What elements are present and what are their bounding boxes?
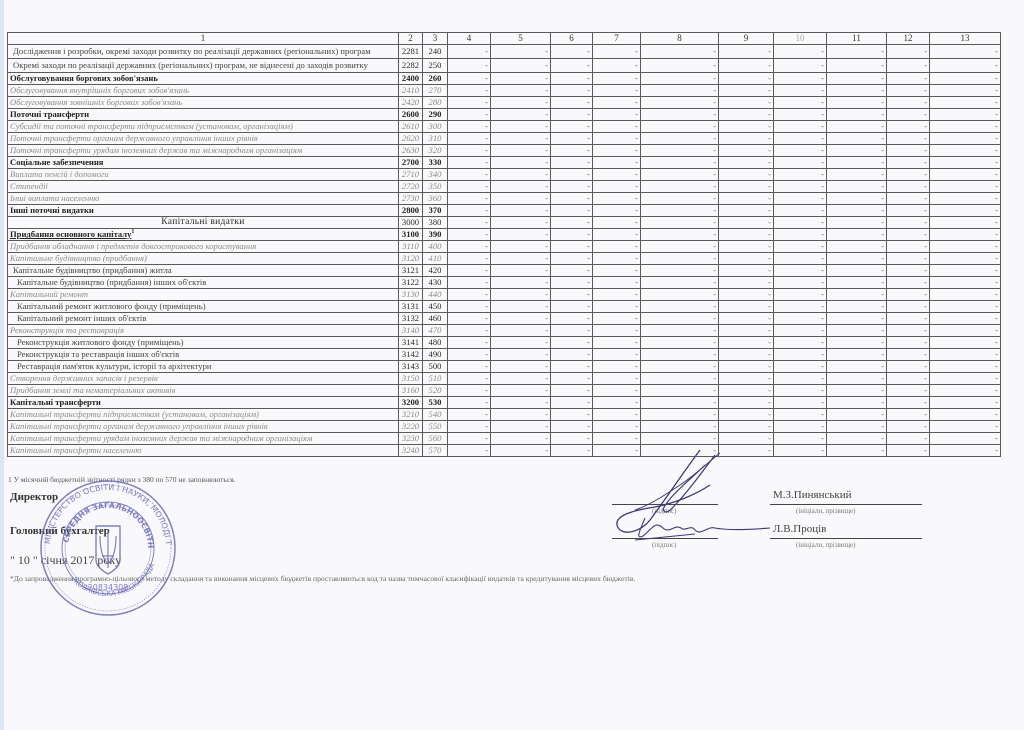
row-code: 410 [423, 253, 448, 265]
row-name: Реставрація пам'яток культури, історії т… [8, 361, 399, 373]
value-cell-col-8: - [641, 277, 719, 289]
value-cell-col-4: - [448, 121, 491, 133]
kekv-code: 2800 [399, 205, 423, 217]
value-cell-col-11: - [827, 289, 887, 301]
value-cell-col-9: - [719, 385, 774, 397]
kekv-code: 3140 [399, 325, 423, 337]
scan-edge [0, 0, 4, 730]
value-cell-col-10: - [774, 85, 827, 97]
table-row: Виплата пенсій і допомоги2710340--------… [8, 169, 1001, 181]
value-cell-col-6: - [551, 445, 593, 457]
table-row: Капітальне будівництво (придбання)312041… [8, 253, 1001, 265]
row-code: 550 [423, 421, 448, 433]
row-name: Капітальні трансферти підприємствам (уст… [8, 409, 399, 421]
table-row: Реконструкція та реставрація3140470-----… [8, 325, 1001, 337]
value-cell-col-13: - [930, 397, 1001, 409]
value-cell-col-13: - [930, 253, 1001, 265]
value-cell-col-11: - [827, 253, 887, 265]
value-cell-col-10: - [774, 433, 827, 445]
value-cell-col-13: - [930, 193, 1001, 205]
row-name: Капітальні трансферти урядам іноземних д… [8, 433, 399, 445]
column-header-7: 7 [593, 33, 641, 45]
kekv-code: 3110 [399, 241, 423, 253]
table-row: Капітальний ремонт інших об'єктів3132460… [8, 313, 1001, 325]
value-cell-col-7: - [593, 385, 641, 397]
value-cell-col-13: - [930, 45, 1001, 59]
row-name: Поточні трансферти органам державного уп… [8, 133, 399, 145]
column-header-2: 2 [399, 33, 423, 45]
value-cell-col-13: - [930, 157, 1001, 169]
value-cell-col-6: - [551, 325, 593, 337]
value-cell-col-4: - [448, 59, 491, 73]
value-cell-col-6: - [551, 301, 593, 313]
value-cell-col-10: - [774, 193, 827, 205]
value-cell-col-11: - [827, 121, 887, 133]
value-cell-col-12: - [887, 253, 930, 265]
value-cell-col-4: - [448, 445, 491, 457]
value-cell-col-9: - [719, 397, 774, 409]
value-cell-col-11: - [827, 169, 887, 181]
table-row: Придбання обладнання і предметів довгост… [8, 241, 1001, 253]
kekv-code: 2620 [399, 133, 423, 145]
value-cell-col-13: - [930, 349, 1001, 361]
value-cell-col-6: - [551, 133, 593, 145]
value-cell-col-6: - [551, 85, 593, 97]
value-cell-col-9: - [719, 289, 774, 301]
table-row: Соціальне забезпечення2700330---------- [8, 157, 1001, 169]
kekv-code: 3142 [399, 349, 423, 361]
kekv-code: 2710 [399, 169, 423, 181]
value-cell-col-11: - [827, 409, 887, 421]
value-cell-col-7: - [593, 241, 641, 253]
row-name: Капітальні трансферти органам державного… [8, 421, 399, 433]
value-cell-col-13: - [930, 97, 1001, 109]
row-name: Субсидії та поточні трансферти підприємс… [8, 121, 399, 133]
value-cell-col-9: - [719, 109, 774, 121]
value-cell-col-5: - [491, 265, 551, 277]
value-cell-col-6: - [551, 337, 593, 349]
value-cell-col-13: - [930, 181, 1001, 193]
value-cell-col-8: - [641, 85, 719, 97]
value-cell-col-8: - [641, 121, 719, 133]
svg-text:ЖОВКІВСЬКА МІСЬКА РАДА: ЖОВКІВСЬКА МІСЬКА РАДА [70, 562, 157, 598]
row-name: Капітальний ремонт житлового фонду (прим… [8, 301, 399, 313]
kekv-code: 3240 [399, 445, 423, 457]
kekv-code: 3200 [399, 397, 423, 409]
value-cell-col-5: - [491, 337, 551, 349]
value-cell-col-11: - [827, 229, 887, 241]
value-cell-col-10: - [774, 421, 827, 433]
value-cell-col-11: - [827, 45, 887, 59]
column-header-10: 10 [774, 33, 827, 45]
value-cell-col-10: - [774, 169, 827, 181]
column-header-4: 4 [448, 33, 491, 45]
value-cell-col-9: - [719, 325, 774, 337]
value-cell-col-7: - [593, 205, 641, 217]
value-cell-col-6: - [551, 409, 593, 421]
kekv-code: 3141 [399, 337, 423, 349]
value-cell-col-12: - [887, 121, 930, 133]
value-cell-col-9: - [719, 241, 774, 253]
value-cell-col-8: - [641, 193, 719, 205]
value-cell-col-9: - [719, 409, 774, 421]
director-name-caption: (ініціали, прізвище) [796, 507, 855, 515]
row-name: Капітальні трансферти [8, 397, 399, 409]
row-code: 340 [423, 169, 448, 181]
value-cell-col-8: - [641, 145, 719, 157]
value-cell-col-13: - [930, 301, 1001, 313]
value-cell-col-12: - [887, 193, 930, 205]
director-name: М.З.Пинянський [773, 489, 851, 501]
value-cell-col-11: - [827, 421, 887, 433]
value-cell-col-6: - [551, 157, 593, 169]
value-cell-col-6: - [551, 253, 593, 265]
value-cell-col-6: - [551, 433, 593, 445]
value-cell-col-9: - [719, 349, 774, 361]
table-row: Капітальні трансферти3200530---------- [8, 397, 1001, 409]
value-cell-col-7: - [593, 97, 641, 109]
table-row: Реконструкція та реставрація інших об'єк… [8, 349, 1001, 361]
value-cell-col-4: - [448, 385, 491, 397]
row-name: Придбання обладнання і предметів довгост… [8, 241, 399, 253]
value-cell-col-4: - [448, 109, 491, 121]
row-code: 540 [423, 409, 448, 421]
value-cell-col-11: - [827, 205, 887, 217]
value-cell-col-12: - [887, 265, 930, 277]
value-cell-col-9: - [719, 277, 774, 289]
value-cell-col-8: - [641, 373, 719, 385]
value-cell-col-7: - [593, 145, 641, 157]
value-cell-col-5: - [491, 289, 551, 301]
row-code: 480 [423, 337, 448, 349]
table-row: Капітальні трансферти урядам іноземних д… [8, 433, 1001, 445]
value-cell-col-12: - [887, 325, 930, 337]
value-cell-col-6: - [551, 73, 593, 85]
value-cell-col-9: - [719, 145, 774, 157]
value-cell-col-10: - [774, 133, 827, 145]
value-cell-col-11: - [827, 313, 887, 325]
value-cell-col-8: - [641, 337, 719, 349]
value-cell-col-4: - [448, 277, 491, 289]
kekv-code: 3100 [399, 229, 423, 241]
value-cell-col-7: - [593, 253, 641, 265]
value-cell-col-12: - [887, 133, 930, 145]
value-cell-col-13: - [930, 445, 1001, 457]
table-row: Реконструкція житлового фонду (приміщень… [8, 337, 1001, 349]
value-cell-col-5: - [491, 421, 551, 433]
value-cell-col-12: - [887, 217, 930, 229]
value-cell-col-4: - [448, 241, 491, 253]
accountant-name-line [770, 538, 922, 539]
row-name: Інші поточні видатки [8, 205, 399, 217]
value-cell-col-12: - [887, 433, 930, 445]
value-cell-col-12: - [887, 313, 930, 325]
row-code: 500 [423, 361, 448, 373]
value-cell-col-5: - [491, 73, 551, 85]
value-cell-col-8: - [641, 217, 719, 229]
table-header-row: 12345678910111213 [8, 33, 1001, 45]
value-cell-col-8: - [641, 59, 719, 73]
row-name: Поточні трансферти урядам іноземних держ… [8, 145, 399, 157]
value-cell-col-10: - [774, 301, 827, 313]
value-cell-col-5: - [491, 133, 551, 145]
value-cell-col-8: - [641, 289, 719, 301]
value-cell-col-11: - [827, 241, 887, 253]
value-cell-col-12: - [887, 385, 930, 397]
value-cell-col-10: - [774, 385, 827, 397]
value-cell-col-13: - [930, 59, 1001, 73]
value-cell-col-11: - [827, 97, 887, 109]
row-name: Реконструкція та реставрація інших об'єк… [8, 349, 399, 361]
value-cell-col-13: - [930, 361, 1001, 373]
row-name: Поточні трансферти [8, 109, 399, 121]
value-cell-col-10: - [774, 253, 827, 265]
value-cell-col-7: - [593, 59, 641, 73]
value-cell-col-5: - [491, 349, 551, 361]
row-code: 330 [423, 157, 448, 169]
column-header-3: 3 [423, 33, 448, 45]
value-cell-col-4: - [448, 169, 491, 181]
value-cell-col-4: - [448, 409, 491, 421]
row-code: 380 [423, 217, 448, 229]
kekv-code: 3131 [399, 301, 423, 313]
value-cell-col-8: - [641, 349, 719, 361]
value-cell-col-7: - [593, 73, 641, 85]
table-row: Поточні трансферти органам державного уп… [8, 133, 1001, 145]
value-cell-col-7: - [593, 313, 641, 325]
table-row: Поточні трансферти2600290---------- [8, 109, 1001, 121]
value-cell-col-12: - [887, 157, 930, 169]
value-cell-col-10: - [774, 97, 827, 109]
value-cell-col-9: - [719, 421, 774, 433]
value-cell-col-12: - [887, 421, 930, 433]
value-cell-col-5: - [491, 361, 551, 373]
value-cell-col-8: - [641, 265, 719, 277]
value-cell-col-7: - [593, 361, 641, 373]
row-code: 370 [423, 205, 448, 217]
value-cell-col-10: - [774, 397, 827, 409]
kekv-code: 2720 [399, 181, 423, 193]
value-cell-col-11: - [827, 301, 887, 313]
value-cell-col-7: - [593, 85, 641, 97]
row-code: 420 [423, 265, 448, 277]
value-cell-col-6: - [551, 59, 593, 73]
value-cell-col-12: - [887, 349, 930, 361]
value-cell-col-5: - [491, 217, 551, 229]
row-name: Капітальні видатки [8, 217, 399, 229]
row-name: Дослідження і розробки, окремі заходи ро… [8, 45, 399, 59]
kekv-code: 3000 [399, 217, 423, 229]
value-cell-col-13: - [930, 217, 1001, 229]
value-cell-col-12: - [887, 145, 930, 157]
value-cell-col-7: - [593, 301, 641, 313]
row-name: Придбання землі та нематеріальних активі… [8, 385, 399, 397]
kekv-code: 2610 [399, 121, 423, 133]
value-cell-col-4: - [448, 361, 491, 373]
value-cell-col-7: - [593, 373, 641, 385]
value-cell-col-5: - [491, 181, 551, 193]
value-cell-col-5: - [491, 205, 551, 217]
kekv-code: 3143 [399, 361, 423, 373]
value-cell-col-9: - [719, 253, 774, 265]
value-cell-col-10: - [774, 45, 827, 59]
row-code: 460 [423, 313, 448, 325]
value-cell-col-13: - [930, 85, 1001, 97]
value-cell-col-4: - [448, 313, 491, 325]
value-cell-col-11: - [827, 217, 887, 229]
kekv-code: 3220 [399, 421, 423, 433]
value-cell-col-13: - [930, 313, 1001, 325]
value-cell-col-12: - [887, 373, 930, 385]
value-cell-col-9: - [719, 73, 774, 85]
value-cell-col-11: - [827, 59, 887, 73]
value-cell-col-11: - [827, 73, 887, 85]
row-code: 320 [423, 145, 448, 157]
svg-text:20834308: 20834308 [88, 583, 129, 592]
value-cell-col-9: - [719, 301, 774, 313]
value-cell-col-9: - [719, 59, 774, 73]
column-header-13: 13 [930, 33, 1001, 45]
value-cell-col-7: - [593, 181, 641, 193]
value-cell-col-7: - [593, 265, 641, 277]
table-row: Придбання землі та нематеріальних активі… [8, 385, 1001, 397]
value-cell-col-5: - [491, 97, 551, 109]
accountant-name-caption: (ініціали, прізвище) [796, 541, 855, 549]
kekv-code: 2410 [399, 85, 423, 97]
kekv-code: 2730 [399, 193, 423, 205]
value-cell-col-7: - [593, 157, 641, 169]
kekv-code: 3132 [399, 313, 423, 325]
value-cell-col-8: - [641, 181, 719, 193]
value-cell-col-4: - [448, 193, 491, 205]
value-cell-col-9: - [719, 193, 774, 205]
value-cell-col-10: - [774, 349, 827, 361]
value-cell-col-5: - [491, 301, 551, 313]
row-name: Капітальний ремонт інших об'єктів [8, 313, 399, 325]
value-cell-col-7: - [593, 133, 641, 145]
table-row: Обслуговування боргових зобов'язань24002… [8, 73, 1001, 85]
table-row: Обслуговування зовнішніх боргових зобов'… [8, 97, 1001, 109]
row-code: 570 [423, 445, 448, 457]
row-code: 450 [423, 301, 448, 313]
row-code: 290 [423, 109, 448, 121]
row-code: 260 [423, 73, 448, 85]
value-cell-col-9: - [719, 181, 774, 193]
value-cell-col-7: - [593, 421, 641, 433]
value-cell-col-10: - [774, 59, 827, 73]
value-cell-col-8: - [641, 421, 719, 433]
row-name: Реконструкція житлового фонду (приміщень… [8, 337, 399, 349]
value-cell-col-5: - [491, 409, 551, 421]
kekv-code: 2400 [399, 73, 423, 85]
value-cell-col-9: - [719, 313, 774, 325]
column-header-11: 11 [827, 33, 887, 45]
value-cell-col-9: - [719, 97, 774, 109]
value-cell-col-4: - [448, 181, 491, 193]
kekv-code: 2281 [399, 45, 423, 59]
value-cell-col-6: - [551, 265, 593, 277]
value-cell-col-6: - [551, 289, 593, 301]
kekv-code: 3122 [399, 277, 423, 289]
value-cell-col-10: - [774, 265, 827, 277]
table-row: Інші поточні видатки2800370---------- [8, 205, 1001, 217]
value-cell-col-13: - [930, 289, 1001, 301]
value-cell-col-8: - [641, 313, 719, 325]
row-name: Окремі заходи по реалізації державних (р… [8, 59, 399, 73]
kekv-code: 2600 [399, 109, 423, 121]
table-row: Придбання основного капіталу13100390----… [8, 229, 1001, 241]
value-cell-col-12: - [887, 85, 930, 97]
row-code: 270 [423, 85, 448, 97]
value-cell-col-11: - [827, 325, 887, 337]
value-cell-col-13: - [930, 169, 1001, 181]
value-cell-col-5: - [491, 433, 551, 445]
value-cell-col-10: - [774, 313, 827, 325]
value-cell-col-8: - [641, 385, 719, 397]
value-cell-col-8: - [641, 253, 719, 265]
value-cell-col-4: - [448, 265, 491, 277]
value-cell-col-4: - [448, 85, 491, 97]
row-code: 530 [423, 397, 448, 409]
value-cell-col-7: - [593, 409, 641, 421]
value-cell-col-7: - [593, 109, 641, 121]
value-cell-col-7: - [593, 337, 641, 349]
value-cell-col-9: - [719, 373, 774, 385]
value-cell-col-4: - [448, 157, 491, 169]
row-name: Обслуговування внутрішніх боргових зобов… [8, 85, 399, 97]
value-cell-col-13: - [930, 373, 1001, 385]
value-cell-col-10: - [774, 109, 827, 121]
value-cell-col-5: - [491, 241, 551, 253]
value-cell-col-11: - [827, 433, 887, 445]
value-cell-col-9: - [719, 85, 774, 97]
value-cell-col-10: - [774, 241, 827, 253]
value-cell-col-6: - [551, 169, 593, 181]
table-row: Капітальні видатки3000380---------- [8, 217, 1001, 229]
value-cell-col-12: - [887, 397, 930, 409]
row-code: 430 [423, 277, 448, 289]
table-row: Капітальні трансферти підприємствам (уст… [8, 409, 1001, 421]
kekv-code: 2630 [399, 145, 423, 157]
value-cell-col-12: - [887, 277, 930, 289]
value-cell-col-13: - [930, 421, 1001, 433]
value-cell-col-6: - [551, 373, 593, 385]
row-code: 510 [423, 373, 448, 385]
value-cell-col-9: - [719, 337, 774, 349]
value-cell-col-13: - [930, 325, 1001, 337]
value-cell-col-11: - [827, 109, 887, 121]
value-cell-col-6: - [551, 385, 593, 397]
row-name: Соціальне забезпечення [8, 157, 399, 169]
accountant-name: Л.В.Проців [773, 523, 826, 535]
column-header-9: 9 [719, 33, 774, 45]
value-cell-col-6: - [551, 205, 593, 217]
value-cell-col-4: - [448, 337, 491, 349]
value-cell-col-6: - [551, 277, 593, 289]
value-cell-col-12: - [887, 73, 930, 85]
value-cell-col-5: - [491, 325, 551, 337]
kekv-code: 3160 [399, 385, 423, 397]
value-cell-col-12: - [887, 109, 930, 121]
value-cell-col-13: - [930, 133, 1001, 145]
value-cell-col-12: - [887, 45, 930, 59]
value-cell-col-11: - [827, 445, 887, 457]
value-cell-col-4: - [448, 229, 491, 241]
table-row: Субсидії та поточні трансферти підприємс… [8, 121, 1001, 133]
value-cell-col-6: - [551, 181, 593, 193]
row-code: 350 [423, 181, 448, 193]
kekv-code: 3121 [399, 265, 423, 277]
